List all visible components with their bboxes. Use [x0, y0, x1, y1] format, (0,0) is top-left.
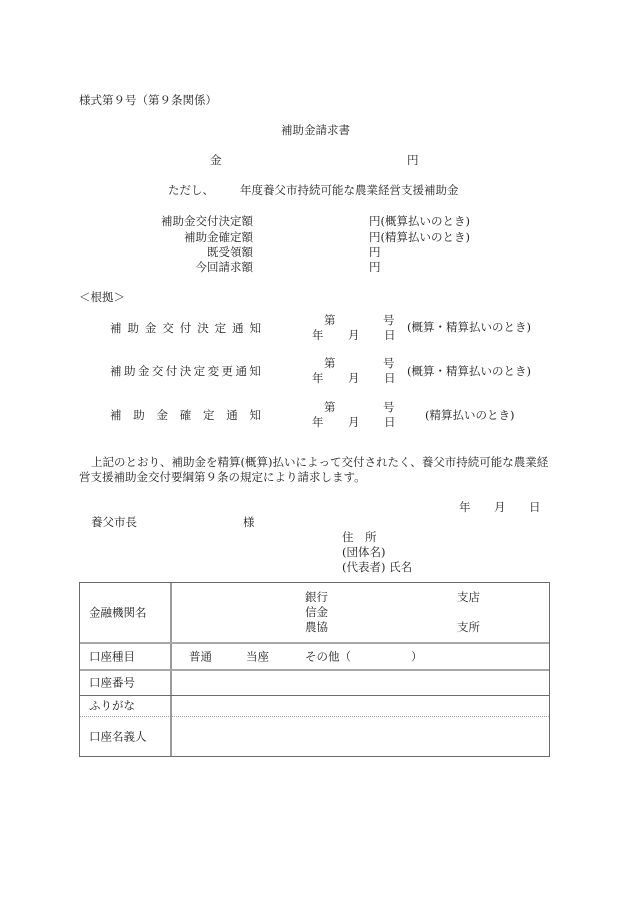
- type-ja: 農協: [305, 622, 328, 634]
- basis-year: 年: [312, 417, 324, 429]
- option-other[interactable]: その他（: [305, 651, 351, 663]
- basis-no-prefix: 第: [324, 402, 336, 414]
- type-bank: 銀行: [305, 592, 328, 604]
- basis-note: (精算払いのとき): [425, 410, 514, 422]
- branch-shisho: 支所: [457, 622, 480, 634]
- basis-note: (概算・精算払いのとき): [407, 366, 531, 378]
- branch-shiten: 支店: [457, 592, 480, 604]
- amount-label-received: 既受領額: [207, 247, 253, 259]
- amount-label-current: 今回請求額: [196, 262, 254, 274]
- applicant-rep-label: (代表者) 氏名: [342, 562, 412, 574]
- basis-no-suffix: 号: [383, 358, 395, 370]
- basis-month: 月: [348, 330, 360, 342]
- option-ordinary[interactable]: 普通: [189, 651, 212, 663]
- basis-day: 日: [384, 373, 396, 385]
- label-account-type: 口座種目: [89, 651, 135, 663]
- basis-year: 年: [312, 330, 324, 342]
- amount-unit-received: 円: [369, 247, 381, 259]
- amount-field[interactable]: [403, 155, 583, 169]
- basis-note: (概算・精算払いのとき): [407, 322, 531, 334]
- option-current[interactable]: 当座: [246, 651, 269, 663]
- basis-no-suffix: 号: [383, 315, 395, 327]
- statement-line-1: 上記のとおり、補助金を精算(概算)払いによって交付されたく、養父市持続可能な農業…: [91, 457, 548, 469]
- document-title: 補助金請求書: [281, 125, 350, 137]
- type-shinkin: 信金: [305, 607, 328, 619]
- basis-no-prefix: 第: [324, 358, 336, 370]
- form-number: 様式第９号（第９条関係）: [79, 95, 217, 107]
- basis-heading: ＜根拠＞: [79, 292, 125, 304]
- amount-label-decision: 補助金交付決定額: [161, 216, 253, 228]
- row-account-holder[interactable]: 口座名義人: [80, 717, 549, 757]
- date-day: 日: [529, 502, 541, 514]
- basis-no-prefix: 第: [324, 315, 336, 327]
- label-furigana: ふりがな: [89, 700, 135, 712]
- label-financial-institution: 金融機関名: [89, 607, 147, 619]
- basis-label-confirmation: 補 助 金 確 定 通 知: [110, 410, 261, 422]
- option-other-close: ）: [411, 651, 423, 663]
- basis-day: 日: [384, 417, 396, 429]
- label-account-number: 口座番号: [89, 677, 135, 689]
- purpose-prefix: ただし、: [168, 185, 214, 197]
- basis-month: 月: [348, 417, 360, 429]
- row-furigana[interactable]: ふりがな: [80, 696, 549, 716]
- amount-unit-decision: 円(概算払いのとき): [369, 216, 470, 228]
- applicant-address-label: 住 所: [342, 532, 377, 544]
- amount-label-confirmed: 補助金確定額: [184, 232, 253, 244]
- bank-account-table: 金融機関名 銀行 信金 農協 支店 支所 口座種目 普通 当座 その他（ ） 口…: [79, 582, 550, 757]
- amount-unit-current: 円: [369, 262, 381, 274]
- amount-prefix: 金: [210, 155, 222, 167]
- basis-label-decision: 補 助 金 交 付 決 定 通 知: [110, 323, 261, 335]
- amount-unit: 円: [407, 155, 419, 167]
- addressee-honorific: 様: [243, 517, 255, 529]
- basis-no-suffix: 号: [383, 402, 395, 414]
- addressee-name: 養父市長: [91, 517, 137, 529]
- purpose-text: 年度養父市持続可能な農業経営支援補助金: [240, 185, 459, 197]
- basis-year: 年: [312, 373, 324, 385]
- statement-line-2: 営支援補助金交付要綱第９条の規定により請求します。: [79, 472, 366, 484]
- label-account-holder: 口座名義人: [89, 731, 147, 743]
- basis-label-decision-change: 補 助 金 交 付 決 定 変 更 通 知: [110, 366, 261, 378]
- basis-day: 日: [384, 330, 396, 342]
- applicant-org-label: (団体名): [342, 547, 385, 559]
- row-financial-institution[interactable]: 金融機関名 銀行 信金 農協 支店 支所: [80, 583, 549, 642]
- amount-unit-confirmed: 円(精算払いのとき): [369, 232, 470, 244]
- date-month: 月: [494, 502, 506, 514]
- row-account-type[interactable]: 口座種目 普通 当座 その他（ ）: [80, 644, 549, 669]
- row-account-number[interactable]: 口座番号: [80, 671, 549, 695]
- date-year: 年: [459, 502, 471, 514]
- basis-month: 月: [348, 373, 360, 385]
